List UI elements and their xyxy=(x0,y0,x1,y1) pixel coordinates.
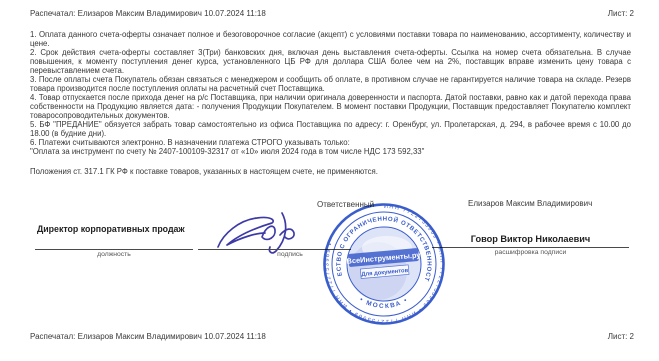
company-stamp: ИНН 7722753969 • ИНН 7722753969 • ИНН 77… xyxy=(320,200,448,328)
term-item-6: 6. Платежи считываются электронно. В наз… xyxy=(30,138,631,147)
term-item-2: 2. Срок действия счета-оферты составляет… xyxy=(30,48,631,75)
position-underline xyxy=(35,249,193,250)
terms-list: 1. Оплата данного счета-оферты означает … xyxy=(30,30,631,156)
name-caption: расшифровка подписи xyxy=(432,249,629,256)
document-page: Распечатал: Елизаров Максим Владимирович… xyxy=(0,0,659,361)
footer-row: Распечатал: Елизаров Максим Владимирович… xyxy=(30,332,634,341)
name-underline xyxy=(432,247,629,248)
sheet-number-footer: Лист: 2 xyxy=(608,332,634,341)
payment-purpose-line: "Оплата за инструмент по счету № 2407-10… xyxy=(30,147,631,156)
printed-by-footer: Распечатал: Елизаров Максим Владимирович… xyxy=(30,332,266,341)
position-caption: должность xyxy=(35,251,193,258)
printed-by-header: Распечатал: Елизаров Максим Владимирович… xyxy=(30,9,266,18)
term-item-1: 1. Оплата данного счета-оферты означает … xyxy=(30,30,631,48)
sheet-number-header: Лист: 2 xyxy=(608,9,634,18)
signer-position: Директор корпоративных продаж xyxy=(37,223,197,236)
term-item-3: 3. После оплаты счета Покупатель обязан … xyxy=(30,75,631,93)
signer-name: Говор Виктор Николаевич xyxy=(432,234,629,244)
responsible-name: Елизаров Максим Владимирович xyxy=(468,199,592,208)
legal-note: Положения ст. 317.1 ГК РФ к поставке тов… xyxy=(30,167,631,176)
header-row: Распечатал: Елизаров Максим Владимирович… xyxy=(30,9,634,18)
term-item-4: 4. Товар отпускается после прихода денег… xyxy=(30,93,631,120)
term-item-5: 5. БФ "ПРЕДАНИЕ" обязуется забрать товар… xyxy=(30,120,631,138)
